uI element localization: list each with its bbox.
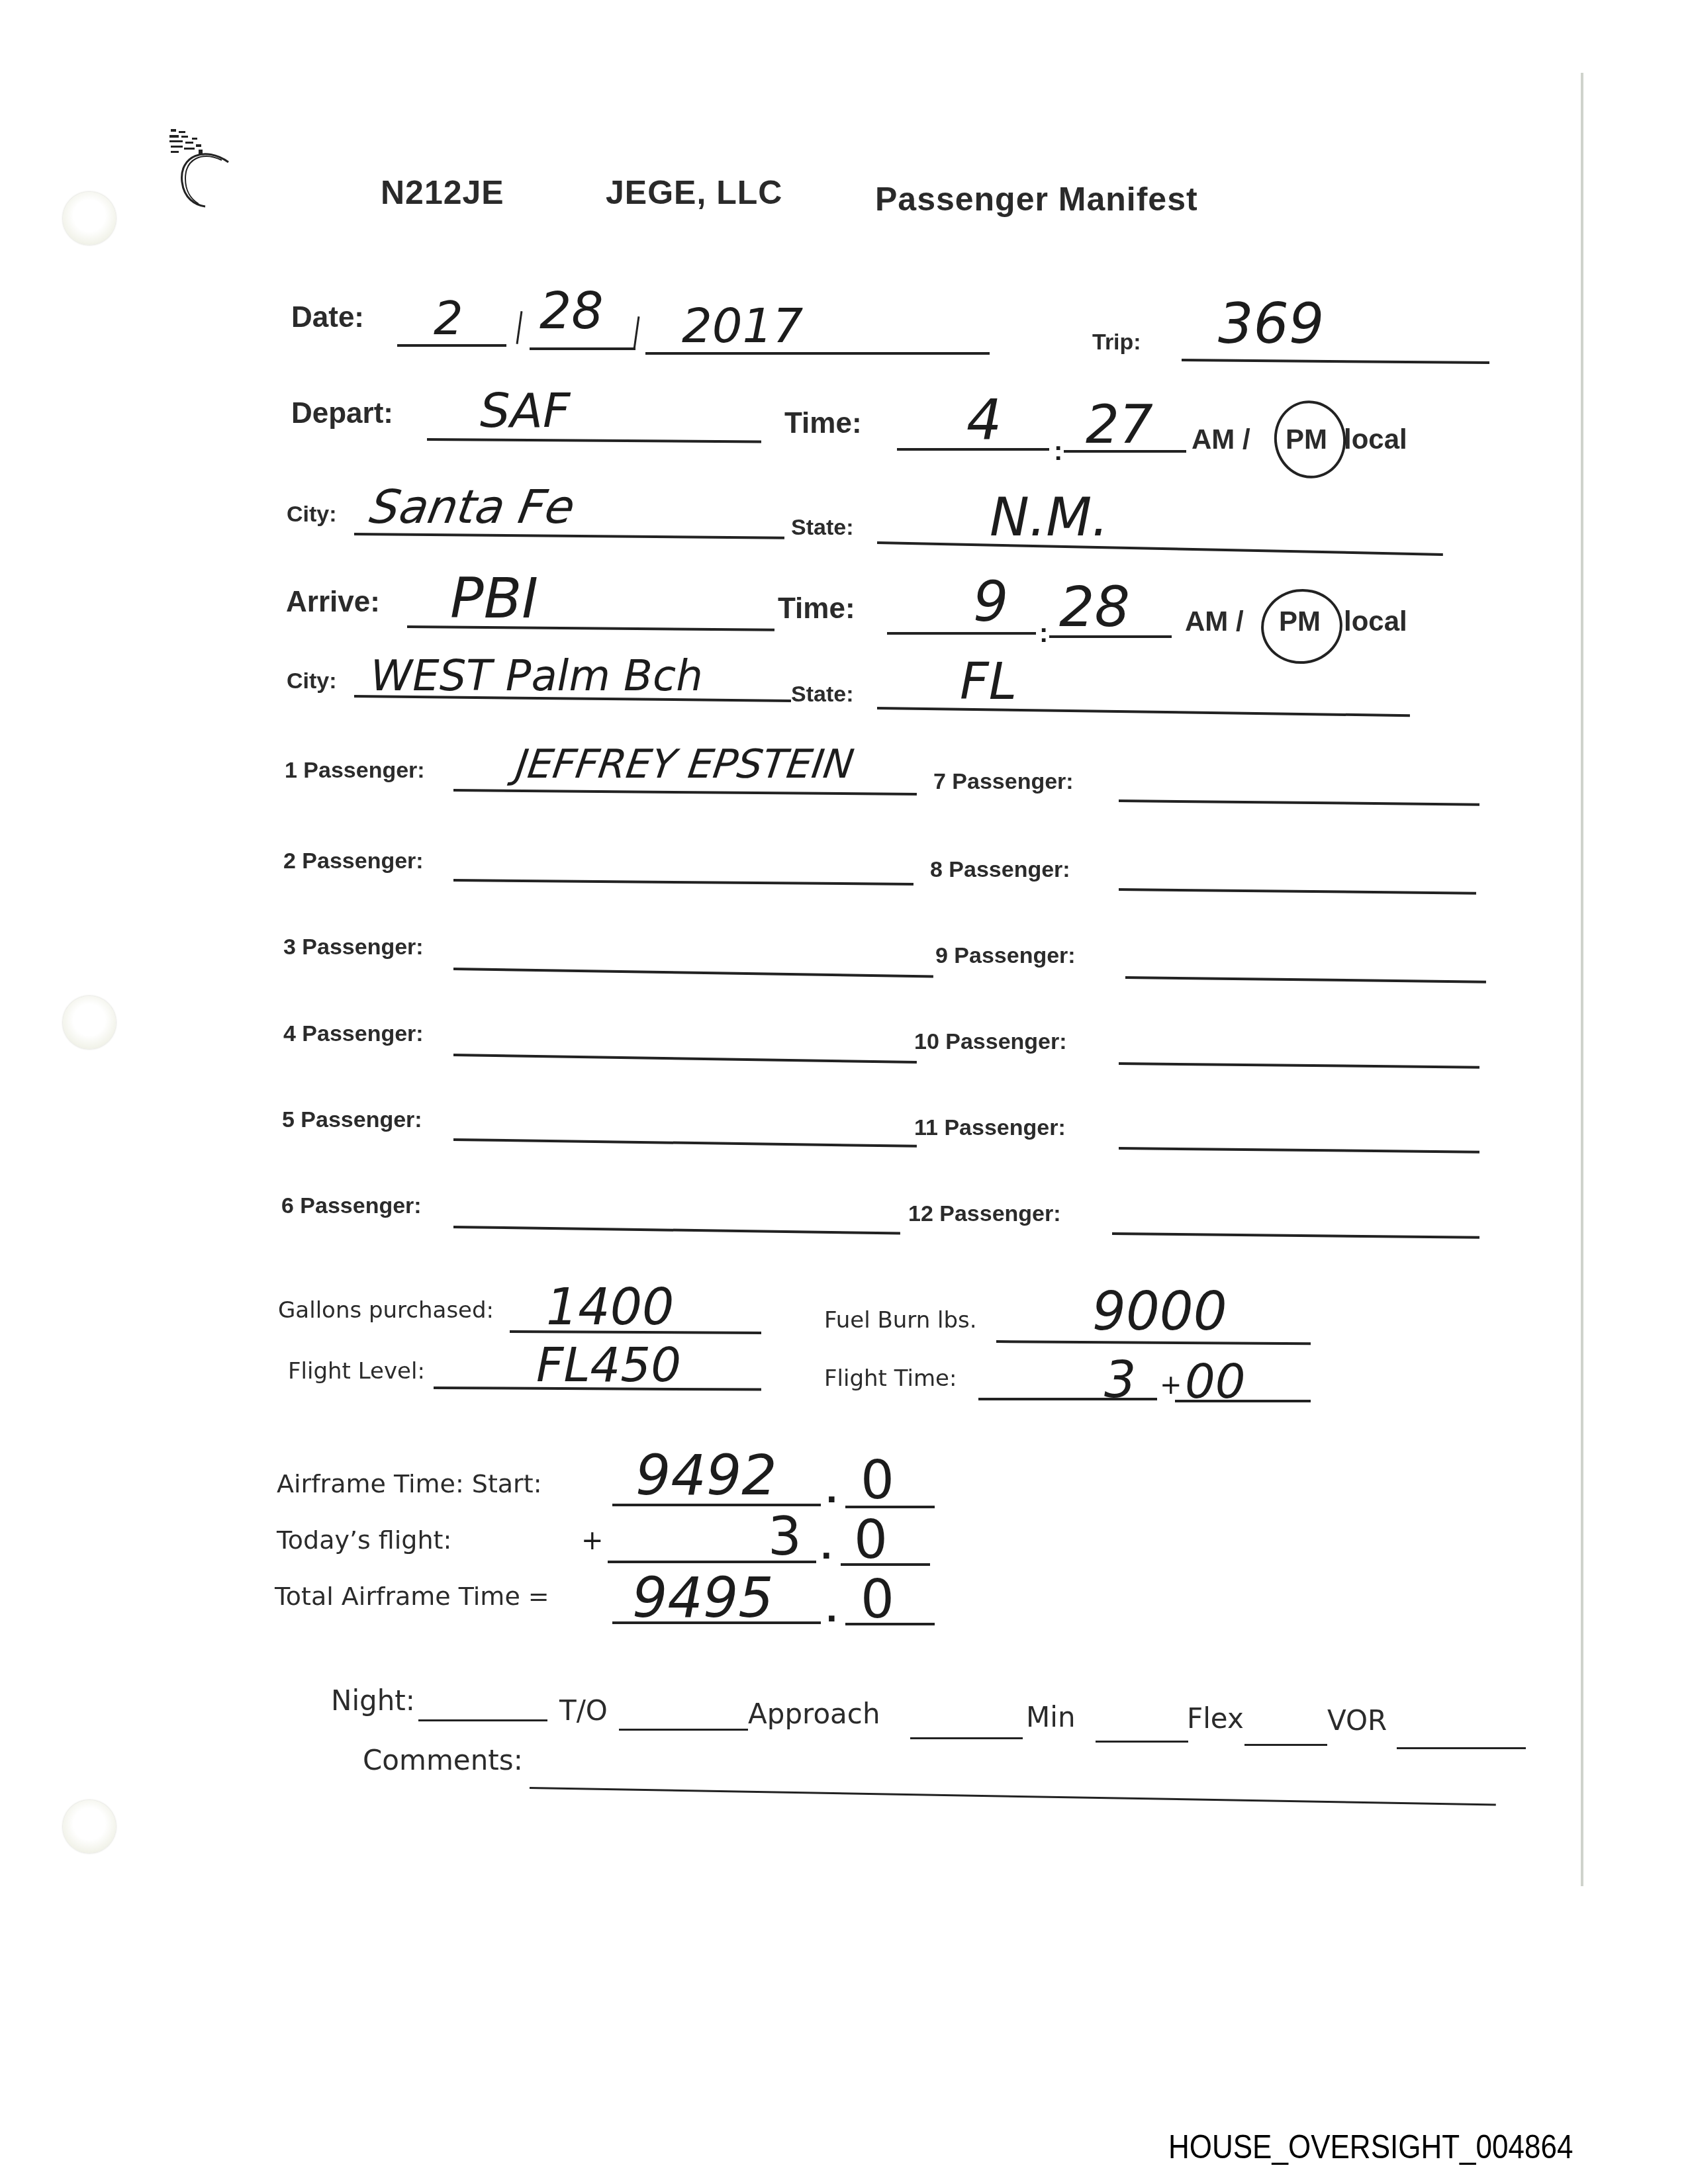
passenger-6-label: 6 Passenger:	[281, 1193, 422, 1219]
night-label: Night:	[331, 1684, 415, 1717]
depart-state-field[interactable]	[877, 541, 1443, 556]
gallons-value: 1400	[546, 1277, 674, 1336]
arrive-time-label: Time:	[778, 592, 855, 625]
date-year-value: 2017	[682, 298, 803, 353]
passenger-7-field[interactable]	[1119, 799, 1479, 806]
min-field[interactable]	[1096, 1741, 1188, 1743]
vor-field[interactable]	[1397, 1747, 1526, 1749]
depart-minute-value: 27	[1086, 394, 1153, 455]
total-airframe-dot: .	[826, 1585, 837, 1631]
passenger-2-label: 2 Passenger:	[283, 848, 424, 874]
arrive-state-label: State:	[791, 682, 853, 707]
arrive-state-value: FL	[960, 652, 1017, 711]
arrive-city-value: WEST Palm Bch	[371, 652, 703, 701]
depart-time-label: Time:	[784, 407, 862, 440]
passenger-3-field[interactable]	[453, 968, 933, 978]
depart-airport-field[interactable]	[427, 438, 761, 443]
depart-state-value: N.M.	[990, 486, 1109, 548]
depart-pm-circle	[1268, 395, 1352, 484]
depart-airport-value: SAF	[480, 383, 570, 438]
date-separator	[633, 316, 640, 349]
depart-hour-value: 4	[966, 387, 1002, 452]
bates-number: HOUSE_OVERSIGHT_004864	[1168, 2128, 1573, 2166]
total-airframe-decimal-value: 0	[861, 1569, 894, 1630]
trip-number-field[interactable]	[1182, 359, 1489, 364]
todays-flight-dot: .	[821, 1522, 832, 1568]
total-airframe-label: Total Airframe Time =	[275, 1582, 549, 1611]
approach-label: Approach	[748, 1698, 880, 1730]
arrive-state-field[interactable]	[877, 707, 1410, 717]
min-label: Min	[1026, 1701, 1076, 1733]
todays-flight-label: Today’s flight:	[277, 1525, 451, 1555]
hole-punch-bottom	[63, 1800, 116, 1853]
depart-city-value: Santa Fe	[366, 480, 579, 534]
arrive-minute-value: 28	[1059, 574, 1130, 639]
company-name: JEGE, LLC	[606, 173, 782, 212]
passenger-8-field[interactable]	[1119, 888, 1476, 895]
depart-state-label: State:	[791, 515, 853, 541]
passenger-10-field[interactable]	[1119, 1062, 1479, 1069]
arrive-label: Arrive:	[286, 586, 380, 619]
todays-flight-whole-value: 3	[768, 1506, 802, 1567]
company-logo-icon	[165, 126, 238, 218]
date-month-value: 2	[434, 291, 463, 345]
passenger-5-label: 5 Passenger:	[282, 1107, 422, 1133]
comments-label: Comments:	[363, 1744, 523, 1776]
passenger-5-field[interactable]	[453, 1138, 917, 1148]
arrive-am-label: AM /	[1185, 606, 1244, 637]
passenger-11-label: 11 Passenger:	[914, 1115, 1066, 1141]
passenger-9-field[interactable]	[1125, 976, 1486, 983]
trip-number-value: 369	[1218, 291, 1324, 356]
arrive-hour-value: 9	[973, 569, 1008, 634]
depart-city-label: City:	[287, 502, 337, 527]
form-title: Passenger Manifest	[875, 180, 1198, 218]
flight-time-minutes-value: 00	[1185, 1353, 1246, 1409]
hole-punch-middle	[63, 996, 116, 1049]
passenger-3-label: 3 Passenger:	[283, 934, 424, 960]
date-label: Date:	[291, 301, 364, 334]
gallons-label: Gallons purchased:	[278, 1297, 494, 1324]
flight-level-value: FL450	[536, 1337, 681, 1392]
depart-am-label: AM /	[1192, 424, 1250, 455]
passenger-8-label: 8 Passenger:	[930, 857, 1070, 883]
passenger-2-field[interactable]	[453, 879, 914, 886]
fuel-burn-value: 9000	[1092, 1281, 1227, 1342]
passenger-12-field[interactable]	[1112, 1232, 1479, 1239]
tail-number: N212JE	[381, 173, 504, 212]
passenger-11-field[interactable]	[1119, 1147, 1479, 1154]
arrive-airport-value: PBI	[450, 566, 538, 631]
fuel-burn-label: Fuel Burn lbs.	[824, 1307, 977, 1334]
page-edge	[1581, 73, 1583, 1886]
airframe-start-decimal-value: 0	[861, 1449, 894, 1511]
passenger-12-label: 12 Passenger:	[908, 1201, 1061, 1227]
total-airframe-whole-value: 9495	[632, 1565, 774, 1630]
arrive-time-colon: :	[1039, 619, 1048, 649]
takeoff-label: T/O	[559, 1694, 608, 1727]
passenger-10-label: 10 Passenger:	[914, 1029, 1067, 1055]
comments-field[interactable]	[530, 1787, 1496, 1805]
todays-flight-plus: +	[581, 1525, 604, 1556]
passenger-7-label: 7 Passenger:	[933, 769, 1074, 795]
depart-local-label: local	[1344, 424, 1407, 455]
arrive-pm-circle	[1256, 584, 1348, 669]
todays-flight-decimal-value: 0	[854, 1509, 888, 1570]
approach-field[interactable]	[910, 1737, 1023, 1739]
airframe-start-dot: .	[826, 1466, 837, 1512]
flight-time-separator: +	[1160, 1370, 1182, 1400]
arrive-hour-field[interactable]	[887, 632, 1036, 635]
date-day-value: 28	[539, 281, 604, 340]
airframe-start-whole-value: 9492	[635, 1443, 777, 1508]
trip-label: Trip:	[1092, 330, 1141, 355]
night-field[interactable]	[418, 1719, 547, 1721]
passenger-9-label: 9 Passenger:	[935, 943, 1076, 969]
arrive-local-label: local	[1344, 606, 1407, 637]
airframe-start-label: Airframe Time: Start:	[277, 1469, 541, 1498]
flex-field[interactable]	[1244, 1744, 1327, 1746]
passenger-1-label: 1 Passenger:	[285, 758, 425, 784]
date-separator	[516, 311, 523, 344]
passenger-6-field[interactable]	[453, 1226, 900, 1234]
hole-punch-top	[63, 192, 116, 245]
flex-label: Flex	[1187, 1702, 1244, 1735]
flight-time-label: Flight Time:	[824, 1365, 957, 1392]
flight-time-hours-value: 3	[1104, 1350, 1136, 1409]
takeoff-field[interactable]	[619, 1729, 748, 1731]
passenger-1-value: JEFFREY EPSTEIN	[513, 741, 857, 788]
date-day-field[interactable]	[530, 347, 635, 350]
flight-level-label: Flight Level:	[288, 1358, 425, 1385]
depart-label: Depart:	[291, 397, 393, 430]
vor-label: VOR	[1327, 1704, 1387, 1737]
passenger-1-field[interactable]	[453, 789, 917, 796]
passenger-4-label: 4 Passenger:	[283, 1021, 424, 1047]
arrive-city-label: City:	[287, 668, 337, 694]
depart-time-colon: :	[1054, 437, 1062, 467]
passenger-4-field[interactable]	[453, 1054, 917, 1064]
